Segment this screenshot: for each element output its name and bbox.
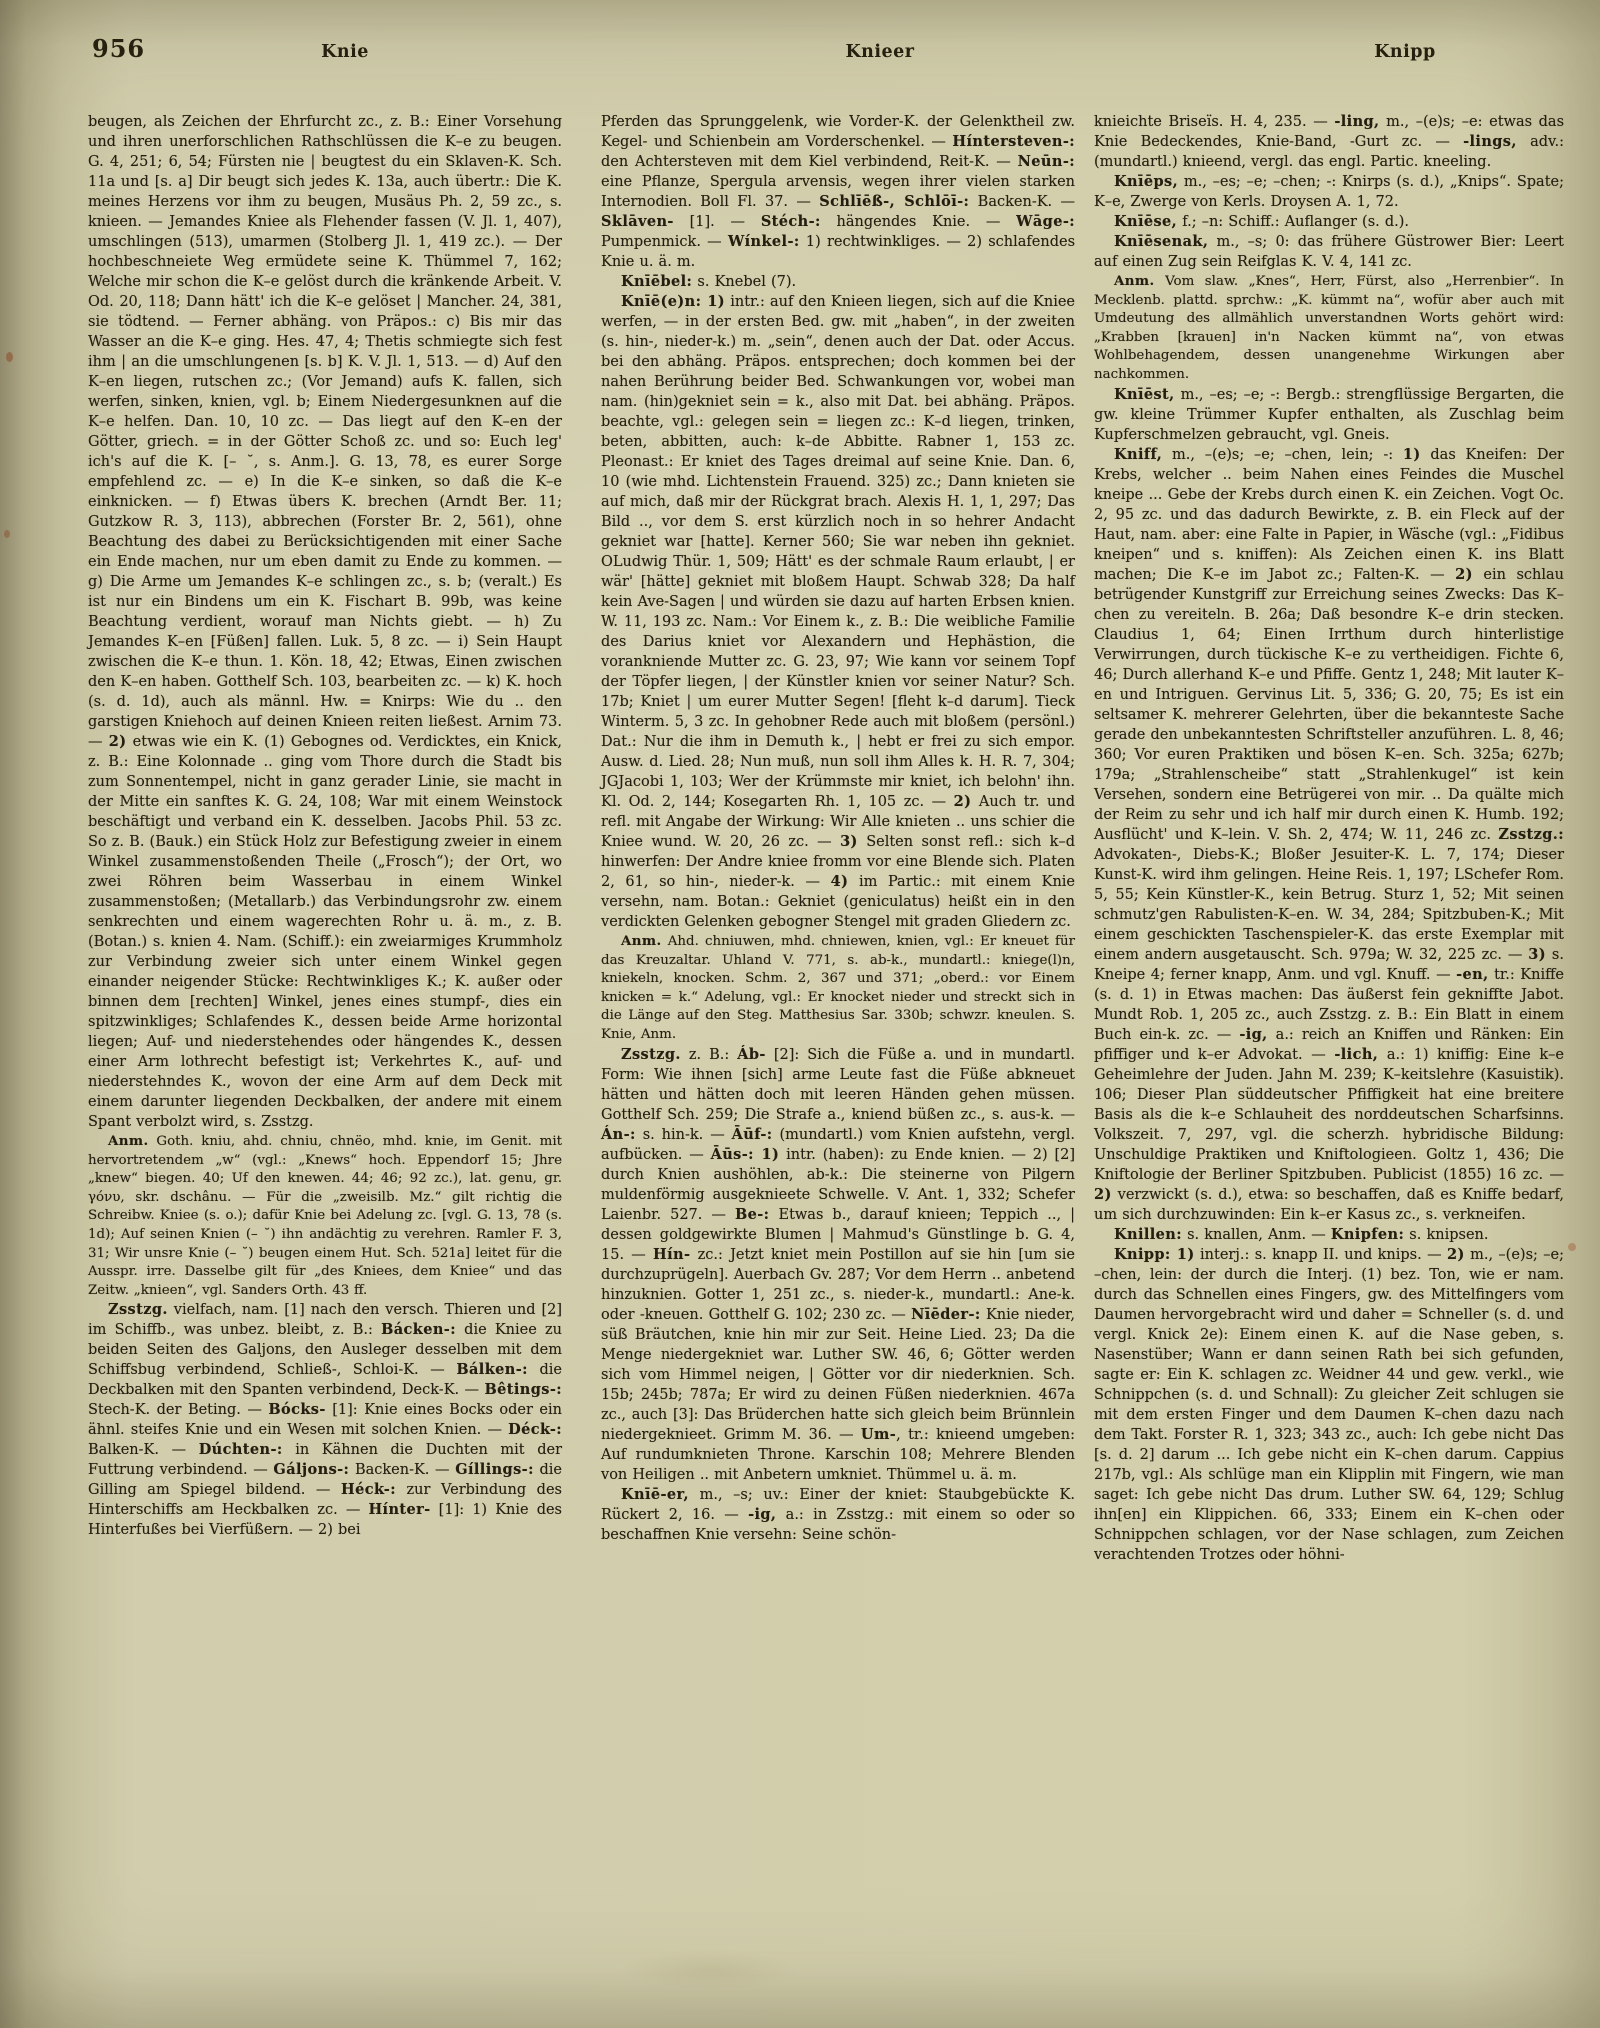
entry-headword: Bêtings-: xyxy=(484,1381,562,1398)
entry-headword: Anm. xyxy=(1114,273,1155,289)
entry-headword: 2) xyxy=(109,733,127,750)
entry-headword: Āūs-: 1) xyxy=(711,1146,780,1163)
entry-headword: Án-: xyxy=(601,1126,636,1143)
text-column-3: knieichte Briseïs. H. 4, 235. — -ling, m… xyxy=(1094,112,1564,1565)
scanned-dictionary-page: { "page": { "number": "956", "catchwords… xyxy=(0,0,1600,2028)
entry-text: f.; –n: Schiff.: Auflanger (s. d.). xyxy=(1177,214,1409,230)
entry-text: hängendes Knie. — xyxy=(821,214,1016,230)
entry-headword: Áb- xyxy=(737,1046,766,1063)
entry-headword: Knīēst, xyxy=(1114,386,1175,403)
entry-text: m., –(e)s; –e; –chen, lein: der durch di… xyxy=(1094,1247,1564,1563)
entry-headword: Bácken-: xyxy=(381,1321,456,1338)
paper-speck xyxy=(4,530,10,538)
entry-headword: Déck-: xyxy=(508,1421,562,1438)
entry-text: verzwickt (s. d.), etwa: so beschaffen, … xyxy=(1094,1187,1564,1223)
entry-headword: 2) xyxy=(1455,566,1473,583)
dictionary-paragraph: Anm. Goth. kniu, ahd. chniu, chnëo, mhd.… xyxy=(88,1132,562,1300)
entry-headword: Gáljons-: xyxy=(273,1461,349,1478)
entry-text: z. B.: xyxy=(681,1047,737,1063)
dictionary-paragraph: Kniff, m., –(e)s; –e; –chen, lein; -: 1)… xyxy=(1094,445,1564,1225)
text-column-1: beugen, als Zeichen der Ehrfurcht zc., z… xyxy=(88,112,562,1540)
dictionary-paragraph: Zsstzg. vielfach, nam. [1] nach den vers… xyxy=(88,1300,562,1540)
entry-headword: 2) xyxy=(954,793,972,810)
entry-text: Goth. kniu, ahd. chniu, chnëo, mhd. knie… xyxy=(88,1134,562,1298)
entry-text: Backen-K. — xyxy=(969,194,1075,210)
entry-headword: 2) xyxy=(1094,1186,1112,1203)
page-number: 956 xyxy=(92,34,145,63)
entry-headword: -en, xyxy=(1456,966,1488,983)
dictionary-paragraph: Knillen: s. knallen, Anm. — Knipfen: s. … xyxy=(1094,1225,1564,1245)
entry-text: intr.: auf den Knieen liegen, sich auf d… xyxy=(601,294,1075,810)
entry-text: das Kneifen: Der Krebs, welcher .. beim … xyxy=(1094,447,1564,583)
entry-headword: Neūn-: xyxy=(1018,153,1075,170)
entry-headword: 1) xyxy=(1403,446,1421,463)
entry-headword: Knillen: xyxy=(1114,1226,1182,1243)
entry-headword: Zsstzg. xyxy=(621,1046,681,1063)
dictionary-paragraph: Knīē-er, m., –s; uv.: Einer der kniet: S… xyxy=(601,1485,1075,1545)
entry-text: Balken-K. — xyxy=(88,1442,199,1458)
entry-text: den Achtersteven mit dem Kiel verbindend… xyxy=(601,154,1018,170)
entry-headword: Be-: xyxy=(735,1206,769,1223)
entry-text: Vom slaw. „Knes“, Herr, Fürst, also „Her… xyxy=(1094,274,1564,382)
entry-headword: -ig, xyxy=(748,1506,776,1523)
entry-headword: Hínter- xyxy=(368,1501,430,1518)
entry-headword: -lich, xyxy=(1334,1046,1378,1063)
catchword-left: Knie xyxy=(255,42,435,62)
entry-headword: Bócks- xyxy=(268,1401,325,1418)
entry-headword: Knīē(e)n: 1) xyxy=(621,293,725,310)
entry-headword: Wínkel-: xyxy=(728,233,800,250)
entry-text: beugen, als Zeichen der Ehrfurcht zc., z… xyxy=(88,114,562,750)
entry-headword: -lings, xyxy=(1463,133,1517,150)
dictionary-paragraph: Knīēst, m., –es; –e; -: Bergb.: strengfl… xyxy=(1094,385,1564,445)
dictionary-paragraph: Knīēse, f.; –n: Schiff.: Auflanger (s. d… xyxy=(1094,212,1564,232)
entry-headword: Kniff, xyxy=(1114,446,1162,463)
entry-headword: 4) xyxy=(831,873,849,890)
dictionary-paragraph: knieichte Briseïs. H. 4, 235. — -ling, m… xyxy=(1094,112,1564,172)
entry-headword: Schlīēß-, Schlōī-: xyxy=(819,193,969,210)
entry-headword: 3) xyxy=(840,833,858,850)
entry-headword: Knīēbel: xyxy=(621,273,692,290)
entry-headword: Zsstzg. xyxy=(108,1301,168,1318)
entry-headword: 3) xyxy=(1528,946,1546,963)
entry-text: Advokaten-, Diebs-K.; Bloßer Jesuiter-K.… xyxy=(1094,847,1564,963)
entry-text: a.: 1) kniffig: Eine k–e Geheimlehre der… xyxy=(1094,1047,1564,1183)
catchword-center: Knieer xyxy=(790,42,970,62)
entry-headword: Stéch-: xyxy=(761,213,821,230)
entry-headword: Um- xyxy=(861,1426,896,1443)
entry-headword: Híntersteven-: xyxy=(952,133,1075,150)
entry-headword: Knīē-er, xyxy=(621,1486,689,1503)
entry-text: interj.: s. knapp II. und knips. — xyxy=(1195,1247,1447,1263)
entry-headword: Nīēder-: xyxy=(911,1306,981,1323)
entry-headword: Wāge-: xyxy=(1016,213,1075,230)
entry-headword: Knīēsenak, xyxy=(1114,233,1208,250)
entry-headword: Hín- xyxy=(653,1246,690,1263)
entry-text: Ahd. chniuwen, mhd. chniewen, knien, vgl… xyxy=(601,934,1075,1042)
dictionary-paragraph: Knīē(e)n: 1) intr.: auf den Knieen liege… xyxy=(601,292,1075,932)
entry-headword: Knipfen: xyxy=(1331,1226,1404,1243)
entry-headword: Knīēse, xyxy=(1114,213,1177,230)
entry-headword: Sklāven- xyxy=(601,213,674,230)
entry-text: s. knallen, Anm. — xyxy=(1182,1227,1331,1243)
entry-headword: -ig, xyxy=(1239,1026,1267,1043)
entry-text: s. hin-k. — xyxy=(636,1127,732,1143)
entry-text: Backen-K. — xyxy=(349,1462,455,1478)
entry-headword: Anm. xyxy=(108,1133,149,1149)
entry-headword: Knipp: 1) xyxy=(1114,1246,1195,1263)
entry-headword: Dúchten-: xyxy=(199,1441,283,1458)
paper-speck xyxy=(6,352,13,362)
text-column-2: Pferden das Sprunggelenk, wie Vorder-K. … xyxy=(601,112,1075,1545)
dictionary-paragraph: Anm. Vom slaw. „Knes“, Herr, Fürst, also… xyxy=(1094,272,1564,385)
dictionary-paragraph: Anm. Ahd. chniuwen, mhd. chniewen, knien… xyxy=(601,932,1075,1045)
entry-text: Stech-K. der Beting. — xyxy=(88,1402,268,1418)
entry-text: knieichte Briseïs. H. 4, 235. — xyxy=(1094,114,1334,130)
entry-headword: 2) xyxy=(1447,1246,1465,1263)
entry-text: Knie nieder, süß Bräutchen, knie hin mir… xyxy=(601,1307,1075,1443)
entry-text: Pumpenmick. — xyxy=(601,234,728,250)
entry-text: ein schlau betrügender Kunstgriff zur Er… xyxy=(1094,567,1564,843)
dictionary-paragraph: Zsstzg. z. B.: Áb- [2]: Sich die Füße a.… xyxy=(601,1045,1075,1485)
dictionary-paragraph: Knipp: 1) interj.: s. knapp II. und knip… xyxy=(1094,1245,1564,1565)
dictionary-paragraph: Knīēsenak, m., –s; 0: das frühere Güstro… xyxy=(1094,232,1564,272)
entry-text: s. knipsen. xyxy=(1404,1227,1488,1243)
paper-stain xyxy=(620,1950,800,1990)
entry-headword: Zsstzg.: xyxy=(1498,826,1564,843)
entry-headword: Gíllings-: xyxy=(455,1461,534,1478)
catchword-right: Knipp xyxy=(1315,42,1495,62)
entry-text: s. Knebel (7). xyxy=(692,274,796,290)
entry-headword: Bálken-: xyxy=(456,1361,528,1378)
entry-headword: Héck-: xyxy=(341,1481,396,1498)
entry-text: m., –(e)s; –e; –chen, lein; -: xyxy=(1162,447,1403,463)
dictionary-paragraph: beugen, als Zeichen der Ehrfurcht zc., z… xyxy=(88,112,562,1132)
entry-text: etwas wie ein K. (1) Gebognes od. Verdic… xyxy=(88,734,562,1130)
paper-speck xyxy=(1568,1243,1576,1251)
dictionary-paragraph: Knīēbel: s. Knebel (7). xyxy=(601,272,1075,292)
entry-headword: Āūf-: xyxy=(732,1126,773,1143)
dictionary-paragraph: Knīēps, m., –es; –e; –chen; -: Knirps (s… xyxy=(1094,172,1564,212)
entry-headword: Anm. xyxy=(621,933,662,949)
entry-text: [1]. — xyxy=(674,214,761,230)
dictionary-paragraph: Pferden das Sprunggelenk, wie Vorder-K. … xyxy=(601,112,1075,272)
entry-headword: Knīēps, xyxy=(1114,173,1178,190)
entry-headword: -ling, xyxy=(1334,113,1379,130)
